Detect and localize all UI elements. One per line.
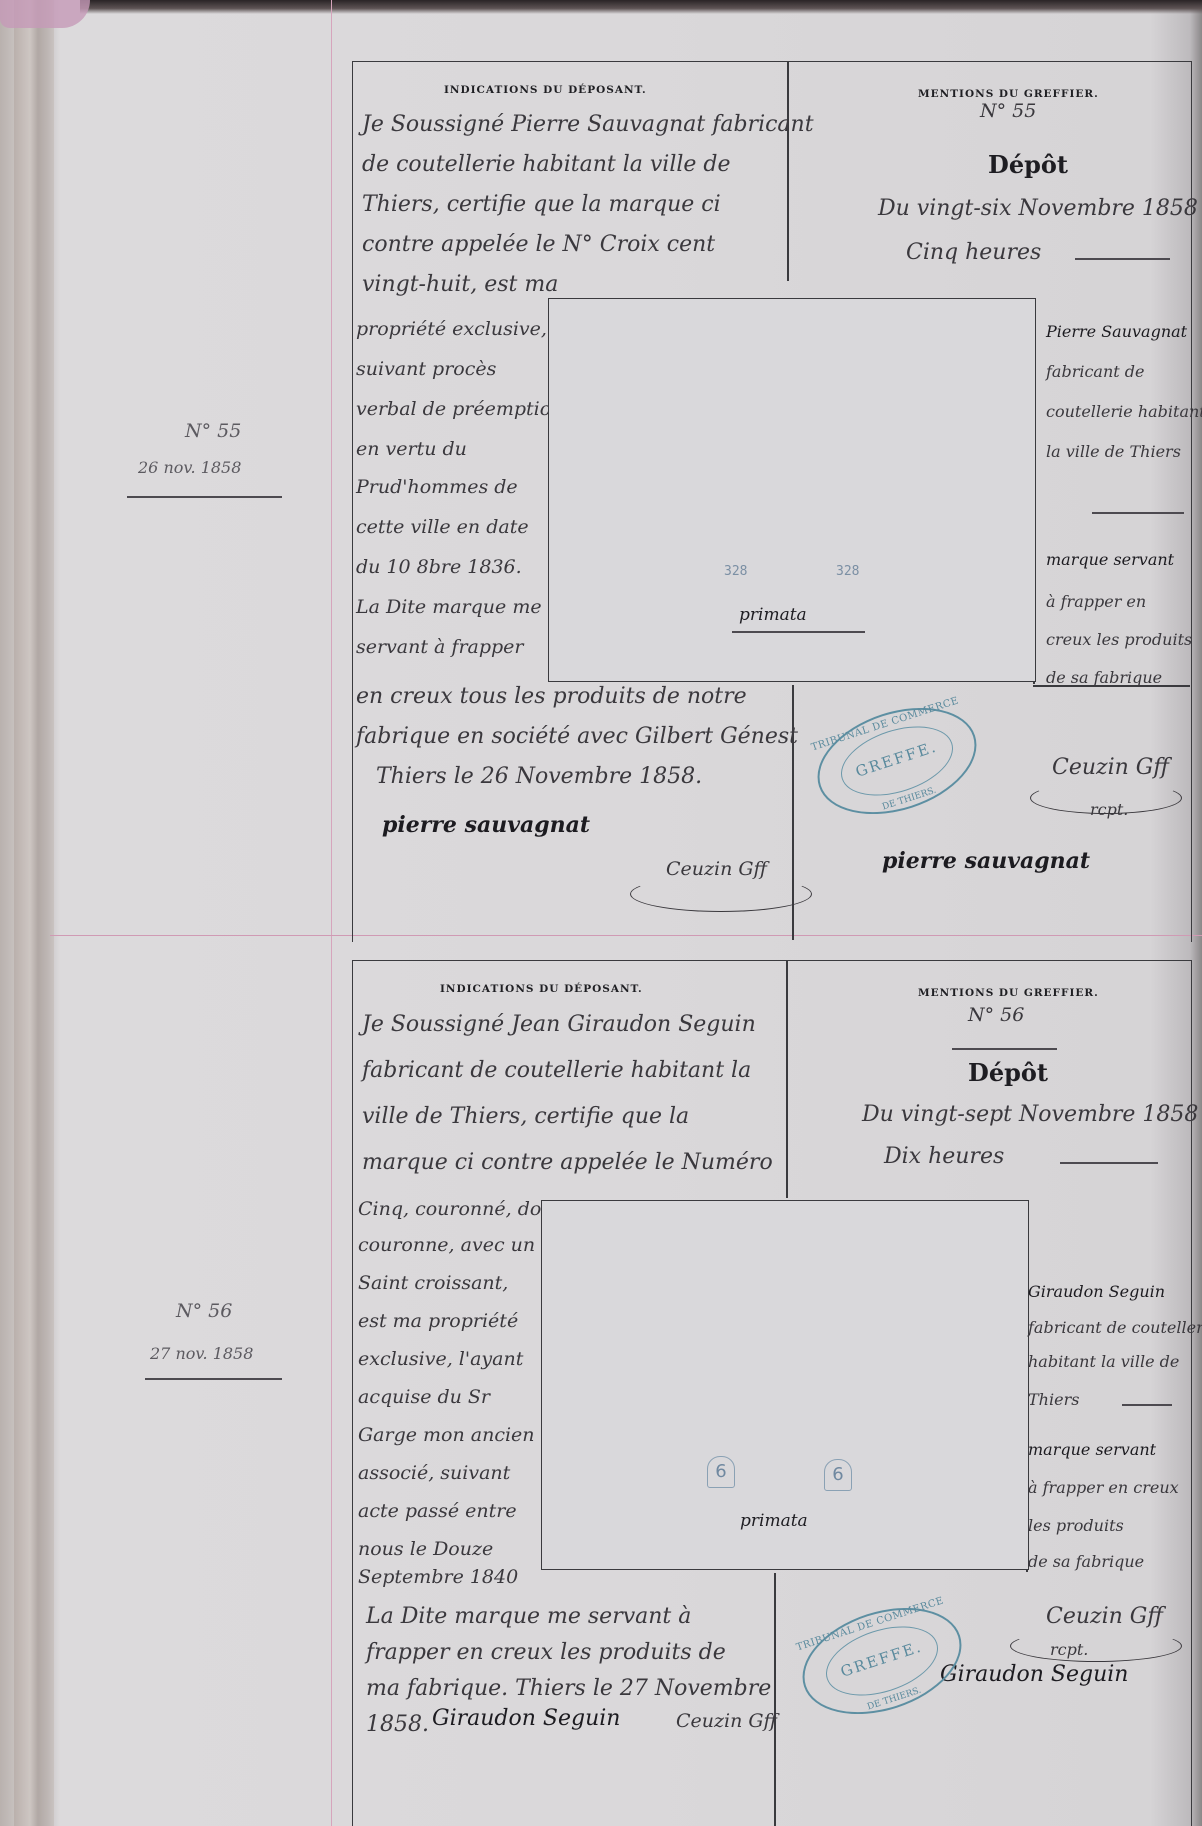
text-line: Garge mon ancien bbox=[358, 1424, 535, 1446]
register-page: N° 55 26 nov. 1858 INDICATIONS DU DÉPOSA… bbox=[0, 0, 1202, 1826]
greffier-side-line: marque servant bbox=[1028, 1440, 1156, 1459]
greffier-side-line: à frapper en creux bbox=[1028, 1478, 1179, 1497]
margin-underline bbox=[127, 496, 282, 498]
greffier-side-line: Thiers bbox=[1028, 1390, 1079, 1409]
side-divider bbox=[1122, 1404, 1172, 1406]
column-divider-top bbox=[787, 61, 789, 281]
text-line: propriété exclusive, bbox=[356, 318, 547, 340]
greffier-header: MENTIONS DU GREFFIER. bbox=[918, 987, 1099, 999]
text-line: contre appelée le N° Croix cent bbox=[362, 232, 715, 257]
column-divider-top bbox=[786, 960, 788, 1198]
text-line: nous le Douze bbox=[358, 1538, 493, 1560]
text-line: vingt-huit, est ma bbox=[362, 272, 558, 297]
greffier-side-line: coutellerie habitant bbox=[1046, 402, 1202, 421]
mark-stamp-left: 328 bbox=[724, 564, 747, 579]
text-line: 1858. bbox=[366, 1712, 429, 1737]
text-line: couronne, avec un bbox=[358, 1234, 535, 1256]
greffier-side-line: habitant la ville de bbox=[1028, 1352, 1179, 1371]
greffier-side-line: Pierre Sauvagnat bbox=[1046, 322, 1187, 341]
greffier-side-line: les produits bbox=[1028, 1516, 1124, 1535]
mark-caption: primata bbox=[740, 1511, 808, 1531]
text-line: de coutellerie habitant la ville de bbox=[362, 152, 731, 177]
greffier-side-line: de sa fabrique bbox=[1046, 668, 1162, 687]
text-line: ville de Thiers, certifie que la bbox=[362, 1104, 689, 1129]
text-line: en vertu du bbox=[356, 438, 467, 460]
margin-entry-number: N° 55 bbox=[185, 420, 241, 442]
text-line: associé, suivant bbox=[358, 1462, 510, 1484]
deposant-header: INDICATIONS DU DÉPOSANT. bbox=[440, 983, 643, 995]
greffier-signature-left: Ceuzin Gff bbox=[676, 1710, 777, 1732]
text-line: en creux tous les produits de notre bbox=[356, 684, 747, 709]
text-line: suivant procès bbox=[356, 358, 496, 380]
caption-underline bbox=[732, 631, 865, 633]
margin-entry-date: 27 nov. 1858 bbox=[150, 1344, 253, 1363]
depot-time: Cinq heures bbox=[906, 240, 1041, 265]
greffier-side-line: la ville de Thiers bbox=[1046, 442, 1181, 461]
depot-underline bbox=[1075, 258, 1170, 260]
text-line: acte passé entre bbox=[358, 1500, 517, 1522]
text-line: est ma propriété bbox=[358, 1310, 518, 1332]
mark-stamp-right: 328 bbox=[836, 564, 859, 579]
margin-entry-number: N° 56 bbox=[176, 1300, 232, 1322]
greffier-side-line: fabricant de coutellerie bbox=[1028, 1318, 1202, 1337]
greffier-number: N° 55 bbox=[980, 100, 1036, 122]
signature-flourish bbox=[1030, 782, 1182, 814]
signature-flourish bbox=[630, 876, 812, 912]
deposant-header: INDICATIONS DU DÉPOSANT. bbox=[444, 84, 647, 96]
text-line: Cinq, couronné, dont bbox=[358, 1198, 561, 1220]
page-top-shadow bbox=[80, 0, 1202, 14]
greffier-number: N° 56 bbox=[968, 1004, 1024, 1026]
depot-label: Dépôt bbox=[988, 150, 1068, 179]
deposant-signature: pierre sauvagnat bbox=[382, 812, 590, 838]
text-line: Saint croissant, bbox=[358, 1272, 508, 1294]
text-line: exclusive, l'ayant bbox=[358, 1348, 523, 1370]
text-line: fabricant de coutellerie habitant la bbox=[362, 1058, 751, 1083]
text-line: La Dite marque me servant à bbox=[366, 1604, 691, 1629]
greffier-side-line: de sa fabrique bbox=[1028, 1552, 1144, 1571]
text-line: Je Soussigné Jean Giraudon Seguin bbox=[362, 1012, 756, 1037]
text-line: Thiers, certifie que la marque ci bbox=[362, 192, 721, 217]
margin-entry-date: 26 nov. 1858 bbox=[138, 458, 241, 477]
mark-caption: primata bbox=[739, 605, 807, 625]
greffier-side-line: creux les produits bbox=[1046, 630, 1192, 649]
greffier-side-line: Giraudon Seguin bbox=[1028, 1282, 1165, 1301]
greffier-header: MENTIONS DU GREFFIER. bbox=[918, 88, 1099, 100]
text-line: Thiers le 26 Novembre 1858. bbox=[376, 764, 702, 789]
number-underline bbox=[952, 1048, 1057, 1050]
text-line: Je Soussigné Pierre Sauvagnat fabricant bbox=[362, 112, 814, 137]
greffier-side-line: marque servant bbox=[1046, 550, 1174, 569]
signature-flourish bbox=[1010, 1630, 1182, 1662]
mark-stamp-left: 6 bbox=[707, 1456, 735, 1488]
depot-date: Du vingt-six Novembre 1858 bbox=[878, 196, 1198, 221]
deposant-signature-right: pierre sauvagnat bbox=[882, 848, 1090, 874]
column-divider-bottom bbox=[774, 1573, 776, 1826]
deposant-signature: Giraudon Seguin bbox=[432, 1706, 620, 1731]
text-line: La Dite marque me bbox=[356, 596, 542, 618]
text-line: verbal de préemption bbox=[356, 398, 563, 420]
margin-rule bbox=[331, 0, 332, 1826]
text-line: ma fabrique. Thiers le 27 Novembre bbox=[366, 1676, 771, 1701]
text-line: frapper en creux les produits de bbox=[366, 1640, 726, 1665]
book-spine bbox=[14, 0, 54, 1826]
text-line: fabrique en société avec Gilbert Génest bbox=[356, 724, 798, 749]
margin-underline bbox=[145, 1378, 282, 1380]
corner-smudge bbox=[0, 0, 90, 28]
depot-date: Du vingt-sept Novembre 1858 bbox=[862, 1102, 1198, 1127]
text-line: Prud'hommes de bbox=[356, 476, 518, 498]
greffier-side-line: à frapper en bbox=[1046, 592, 1146, 611]
depot-time: Dix heures bbox=[884, 1144, 1004, 1169]
depot-underline bbox=[1060, 1162, 1158, 1164]
side-divider bbox=[1092, 512, 1184, 514]
trademark-box: 6 6 primata bbox=[541, 1200, 1029, 1570]
text-line: Septembre 1840 bbox=[358, 1566, 518, 1588]
text-line: cette ville en date bbox=[356, 516, 529, 538]
text-line: servant à frapper bbox=[356, 636, 524, 658]
greffier-signature: Ceuzin Gff bbox=[1046, 1604, 1163, 1629]
text-line: du 10 8bre 1836. bbox=[356, 556, 522, 578]
depot-label: Dépôt bbox=[968, 1058, 1048, 1087]
trademark-box: 328 328 primata bbox=[548, 298, 1036, 682]
text-line: marque ci contre appelée le Numéro bbox=[362, 1150, 773, 1175]
mark-stamp-right: 6 bbox=[824, 1459, 852, 1491]
text-line: acquise du Sr bbox=[358, 1386, 490, 1408]
greffier-side-line: fabricant de bbox=[1046, 362, 1145, 381]
greffier-signature: Ceuzin Gff bbox=[1052, 755, 1169, 780]
